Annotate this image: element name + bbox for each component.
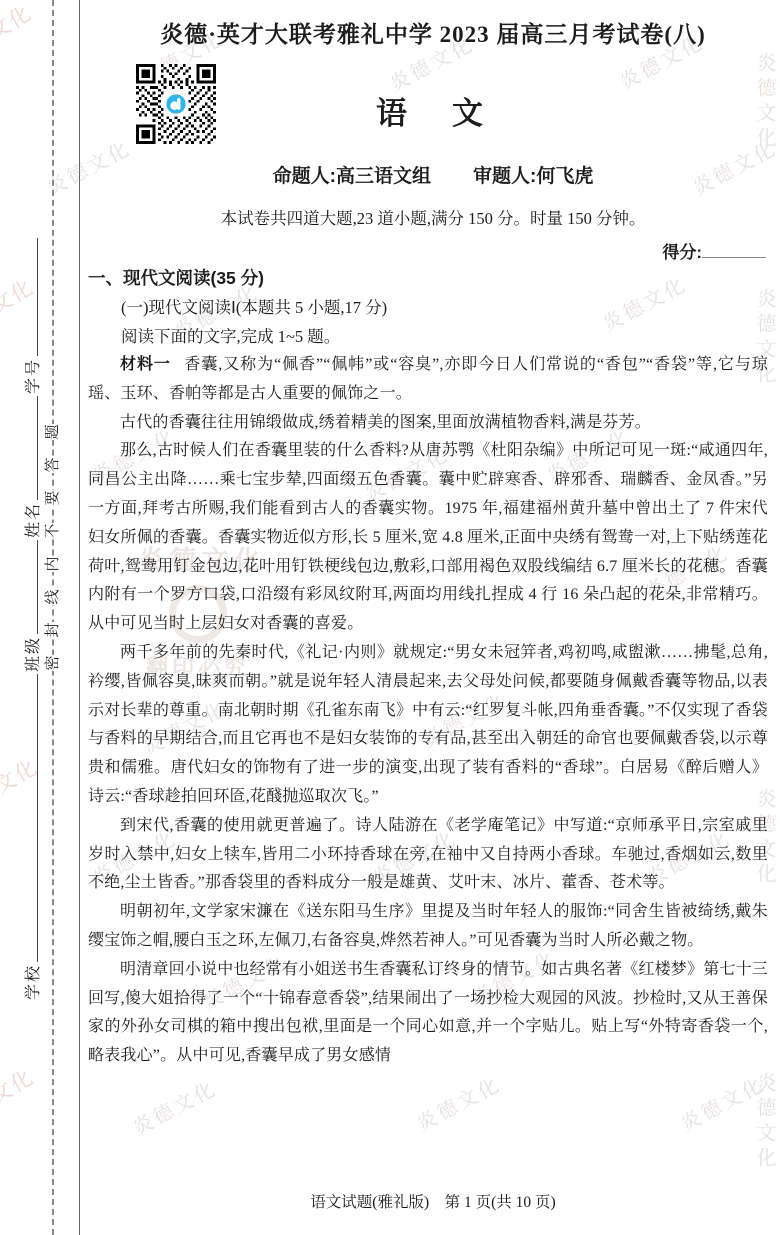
setter-label: 命题人:高三语文组 bbox=[273, 166, 431, 187]
body-paragraph: 那么,古时候人们在香囊里装的什么香料?从唐苏鹗《杜阳杂编》中所记可见一斑:“咸通… bbox=[88, 437, 768, 639]
reading-section: 一、现代文阅读(35 分) (一)现代文阅读Ⅰ(本题共 5 小题,17 分) 阅… bbox=[88, 264, 768, 1071]
watermark: 炎德文化 bbox=[0, 0, 37, 69]
score-line: 得分: bbox=[662, 238, 766, 263]
reviewer-label: 审题人:何飞虎 bbox=[473, 166, 593, 187]
field-studentid-label: 学号 bbox=[20, 357, 43, 393]
seal-notice-char: 封 bbox=[45, 622, 61, 638]
watermark: 炎德文化 bbox=[675, 1068, 770, 1137]
seal-notice-char: 题 bbox=[45, 424, 61, 440]
field-school-blank bbox=[24, 673, 38, 961]
score-blank bbox=[702, 242, 766, 258]
subsection-title: (一)现代文阅读Ⅰ(本题共 5 小题,17 分) bbox=[88, 293, 768, 322]
seal-notice-char: 答 bbox=[45, 457, 61, 473]
body-paragraph: 古代的香囊往往用锦缎做成,绣着精美的图案,里面放满植物香料,满是芬芳。 bbox=[88, 409, 768, 438]
body-paragraph: 明朝初年,文学家宋濂在《送东阳马生序》里提及当时年轻人的服饰:“同舍生皆被绮绣,… bbox=[88, 898, 768, 956]
seal-notice: 题 答 要 不 内 线 封 密 bbox=[45, 424, 61, 671]
field-name-label: 姓名 bbox=[20, 501, 43, 537]
instruction-line: 阅读下面的文字,完成 1~5 题。 bbox=[88, 322, 768, 351]
field-class-label: 班级 bbox=[20, 635, 43, 671]
seal-notice-char: 线 bbox=[45, 589, 61, 605]
body-paragraph: 明清章回小说中也经常有小姐送书生香囊私订终身的情节。如古典名著《红楼梦》第七十三… bbox=[88, 956, 768, 1071]
page-footer: 语文试题(雅礼版) 第 1 页(共 10 页) bbox=[86, 1190, 780, 1212]
watermark: 炎德文化 bbox=[411, 1068, 506, 1137]
material-label: 材料一 bbox=[120, 356, 171, 373]
seal-student-fields: 学校 班级 姓名 学号 bbox=[13, 88, 49, 1148]
field-name-blank bbox=[24, 395, 38, 499]
watermark: 炎德文化 bbox=[750, 1072, 779, 1172]
setters-line: 命题人:高三语文组审题人:何飞虎 bbox=[86, 161, 780, 188]
material-paragraph: 材料一香囊,又称为“佩香”“佩帏”或“容臭”,亦即今日人们常说的“香包”“香袋”… bbox=[88, 351, 768, 409]
material-text: 香囊,又称为“佩香”“佩帏”或“容臭”,亦即今日人们常说的“香包”“香袋”等,它… bbox=[88, 356, 768, 402]
seal-notice-char: 密 bbox=[45, 655, 61, 671]
subject-title: 语 文 bbox=[86, 88, 780, 133]
qr-finder-top-right bbox=[197, 64, 216, 83]
seal-notice-char: 不 bbox=[45, 523, 61, 539]
watermark: 炎德文化 bbox=[127, 1072, 222, 1141]
qr-finder-top-left bbox=[136, 64, 155, 83]
field-school-label: 学校 bbox=[20, 963, 43, 999]
seal-notice-char: 内 bbox=[45, 556, 61, 572]
seal-border-line bbox=[79, 0, 80, 1235]
body-paragraph: 两千多年前的先秦时代,《礼记·内则》就规定:“男女未冠笄者,鸡初鸣,咸盥漱……拂… bbox=[88, 639, 768, 812]
section-title: 一、现代文阅读(35 分) bbox=[88, 264, 768, 293]
score-label: 得分: bbox=[662, 243, 702, 262]
seal-notice-char: 要 bbox=[45, 490, 61, 506]
exam-series-title: 炎德·英才大联考雅礼中学 2023 届高三月考试卷(八) bbox=[86, 16, 780, 49]
field-class-blank bbox=[24, 539, 38, 633]
exam-info-line: 本试卷共四道大题,23 道小题,满分 150 分。时量 150 分钟。 bbox=[86, 205, 780, 229]
exam-paper-page: 炎德文化 炎德文化 炎德文化 炎德文化 炎德文化 炎德文化 炎德文化 炎德文化 … bbox=[0, 0, 780, 1235]
body-paragraph: 到宋代,香囊的使用就更普遍了。诗人陆游在《老学庵笔记》中写道:“京师承平日,宗室… bbox=[88, 812, 768, 898]
field-studentid-blank bbox=[24, 237, 38, 355]
